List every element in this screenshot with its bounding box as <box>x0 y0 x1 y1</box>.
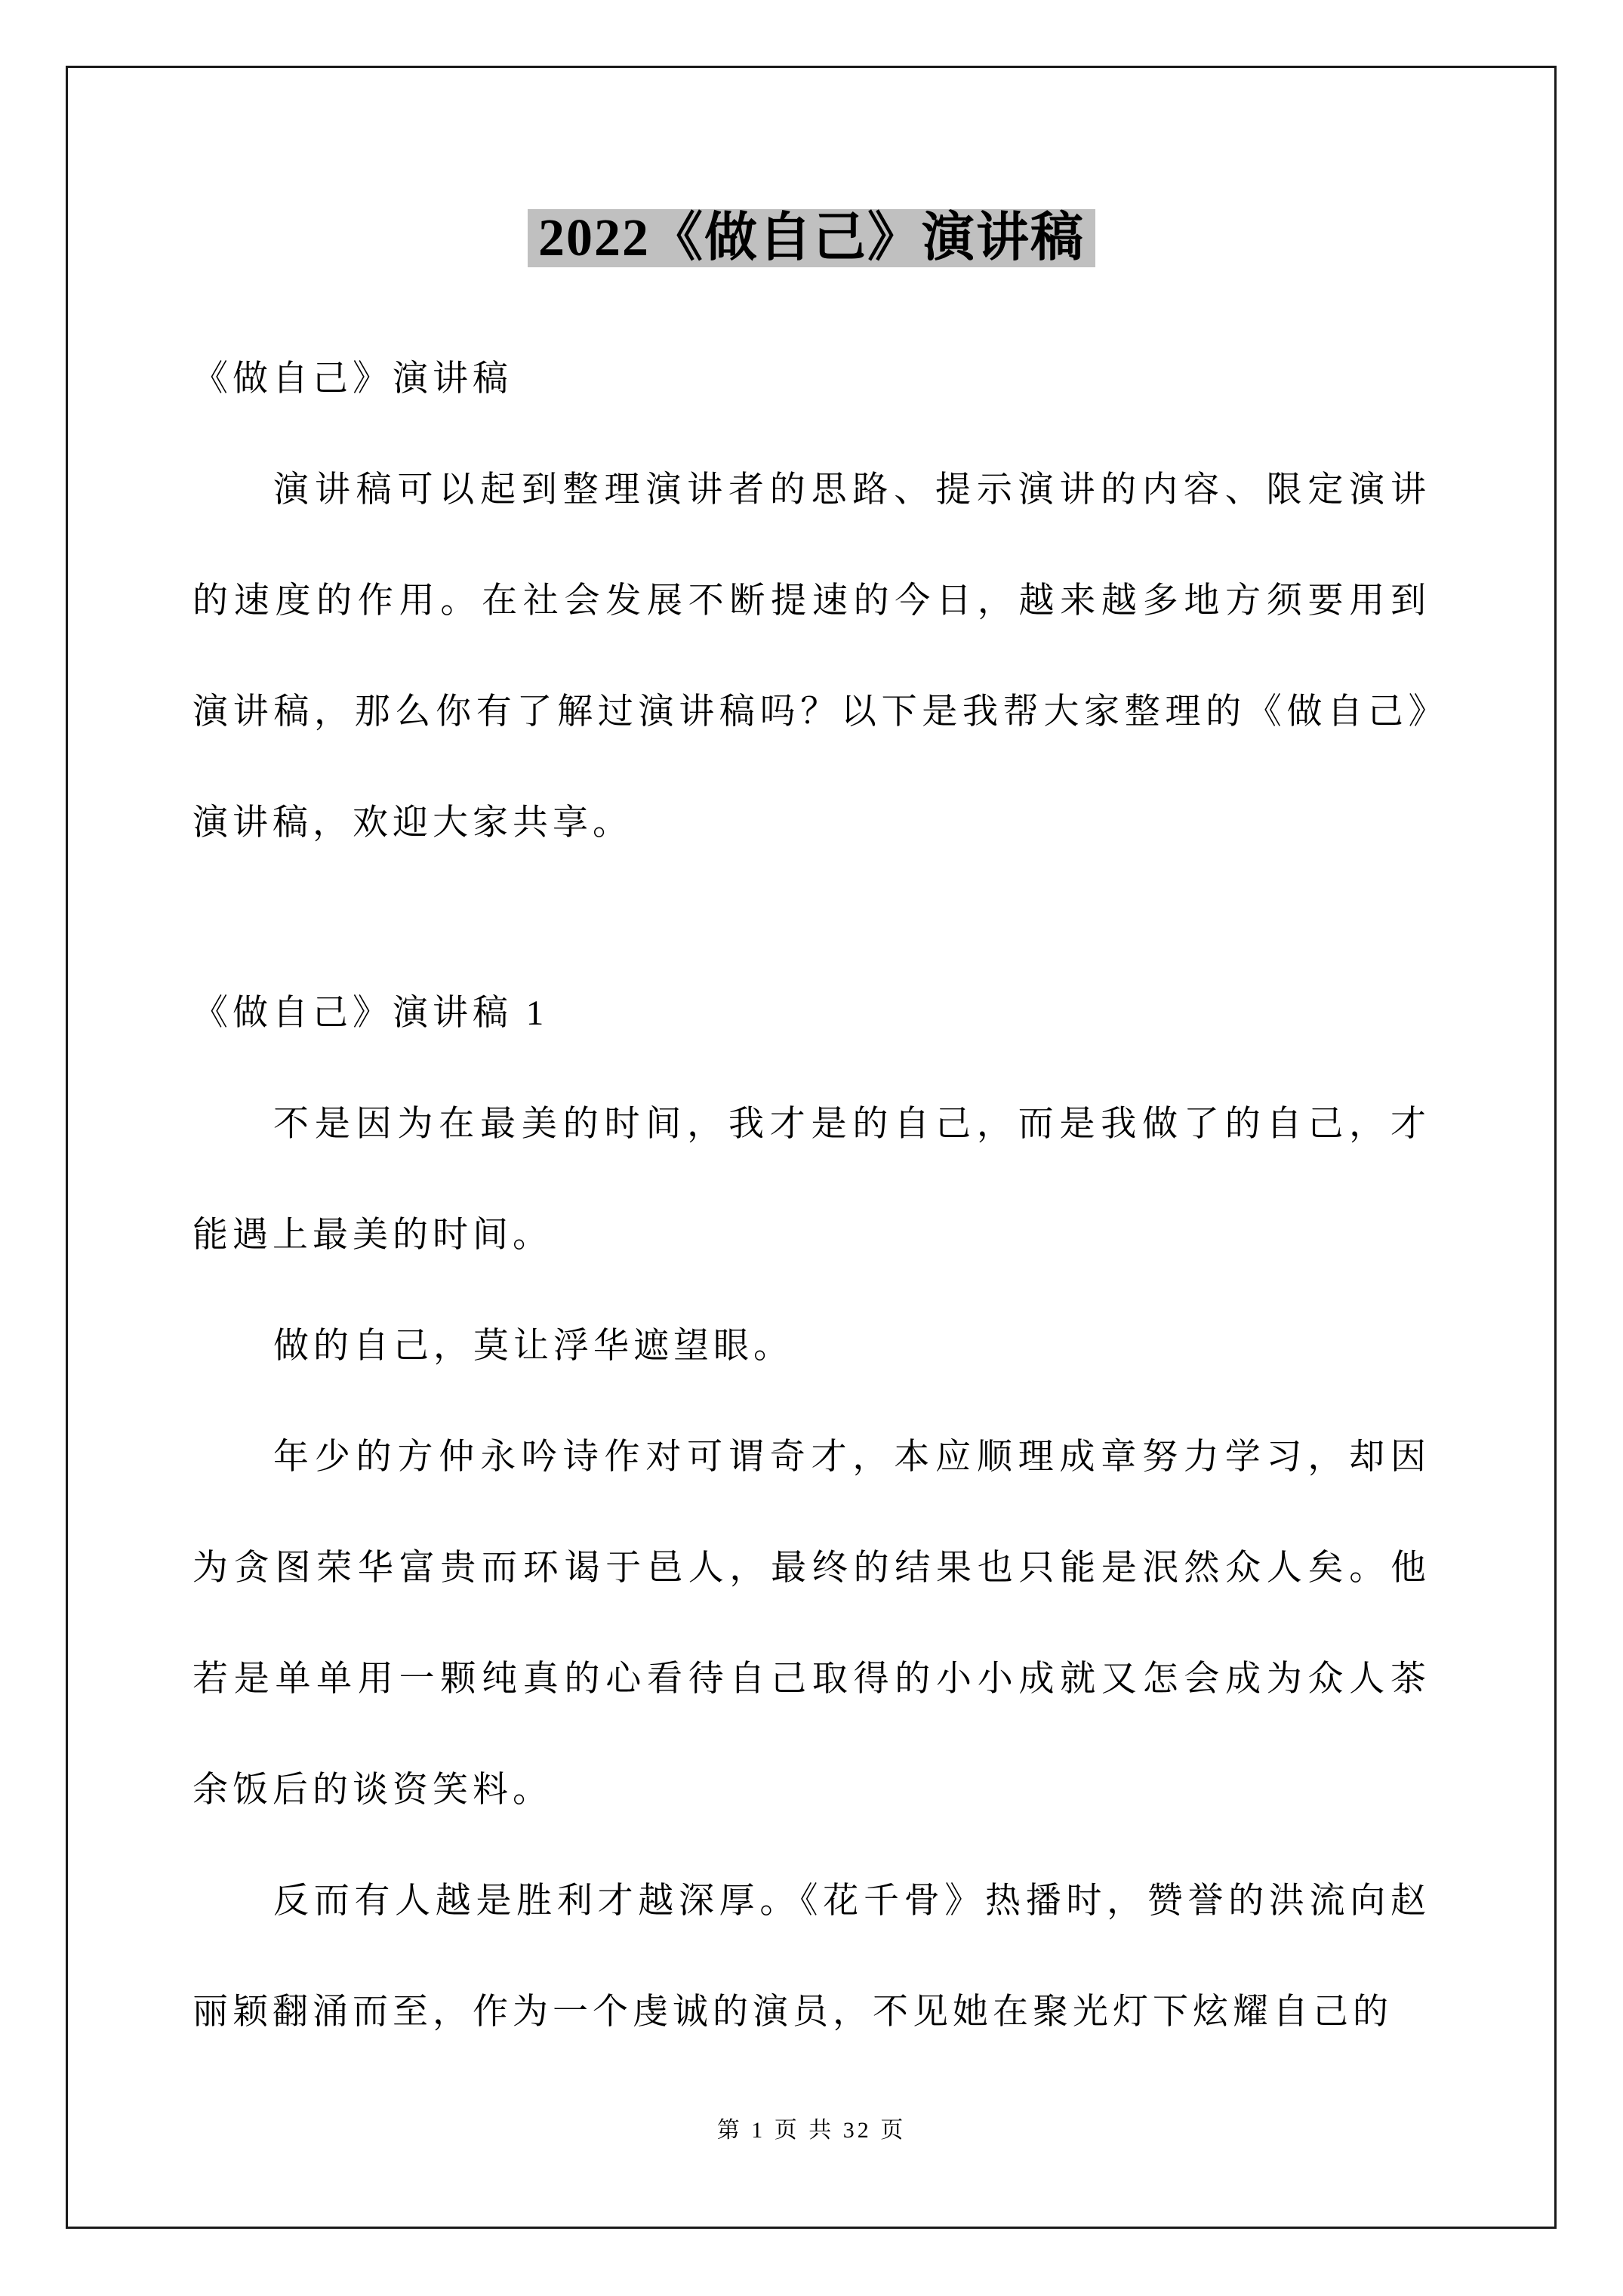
paragraph-body-2: 做的自己，莫让浮华遮望眼。 <box>192 1291 1431 1402</box>
document-content: 2022《做自己》演讲稿 《做自己》演讲稿 演讲稿可以起到整理演讲者的思路、提示… <box>192 66 1431 2068</box>
paragraph-body-1: 不是因为在最美的时间，我才是的自己，而是我做了的自己，才能遇上最美的时间。 <box>192 1069 1431 1291</box>
paragraph-body-4: 反而有人越是胜利才越深厚。《花千骨》热播时，赞誉的洪流向赵丽颖翻涌而至，作为一个… <box>192 1846 1431 2068</box>
title-highlight: 2022《做自己》演讲稿 <box>528 209 1095 267</box>
paragraph-intro: 演讲稿可以起到整理演讲者的思路、提示演讲的内容、限定演讲的速度的作用。在社会发展… <box>192 435 1431 879</box>
paragraph-body-3: 年少的方仲永吟诗作对可谓奇才，本应顺理成章努力学习，却因为贪图荣华富贵而环谒于邑… <box>192 1402 1431 1846</box>
page-number-label: 第 1 页 共 32 页 <box>717 2118 907 2143</box>
paragraph-subtitle: 《做自己》演讲稿 <box>192 324 1431 435</box>
section-heading-1: 《做自己》演讲稿 1 <box>192 958 1431 1069</box>
page-footer: 第 1 页 共 32 页 <box>0 2114 1623 2147</box>
document-title: 2022《做自己》演讲稿 <box>192 201 1431 276</box>
